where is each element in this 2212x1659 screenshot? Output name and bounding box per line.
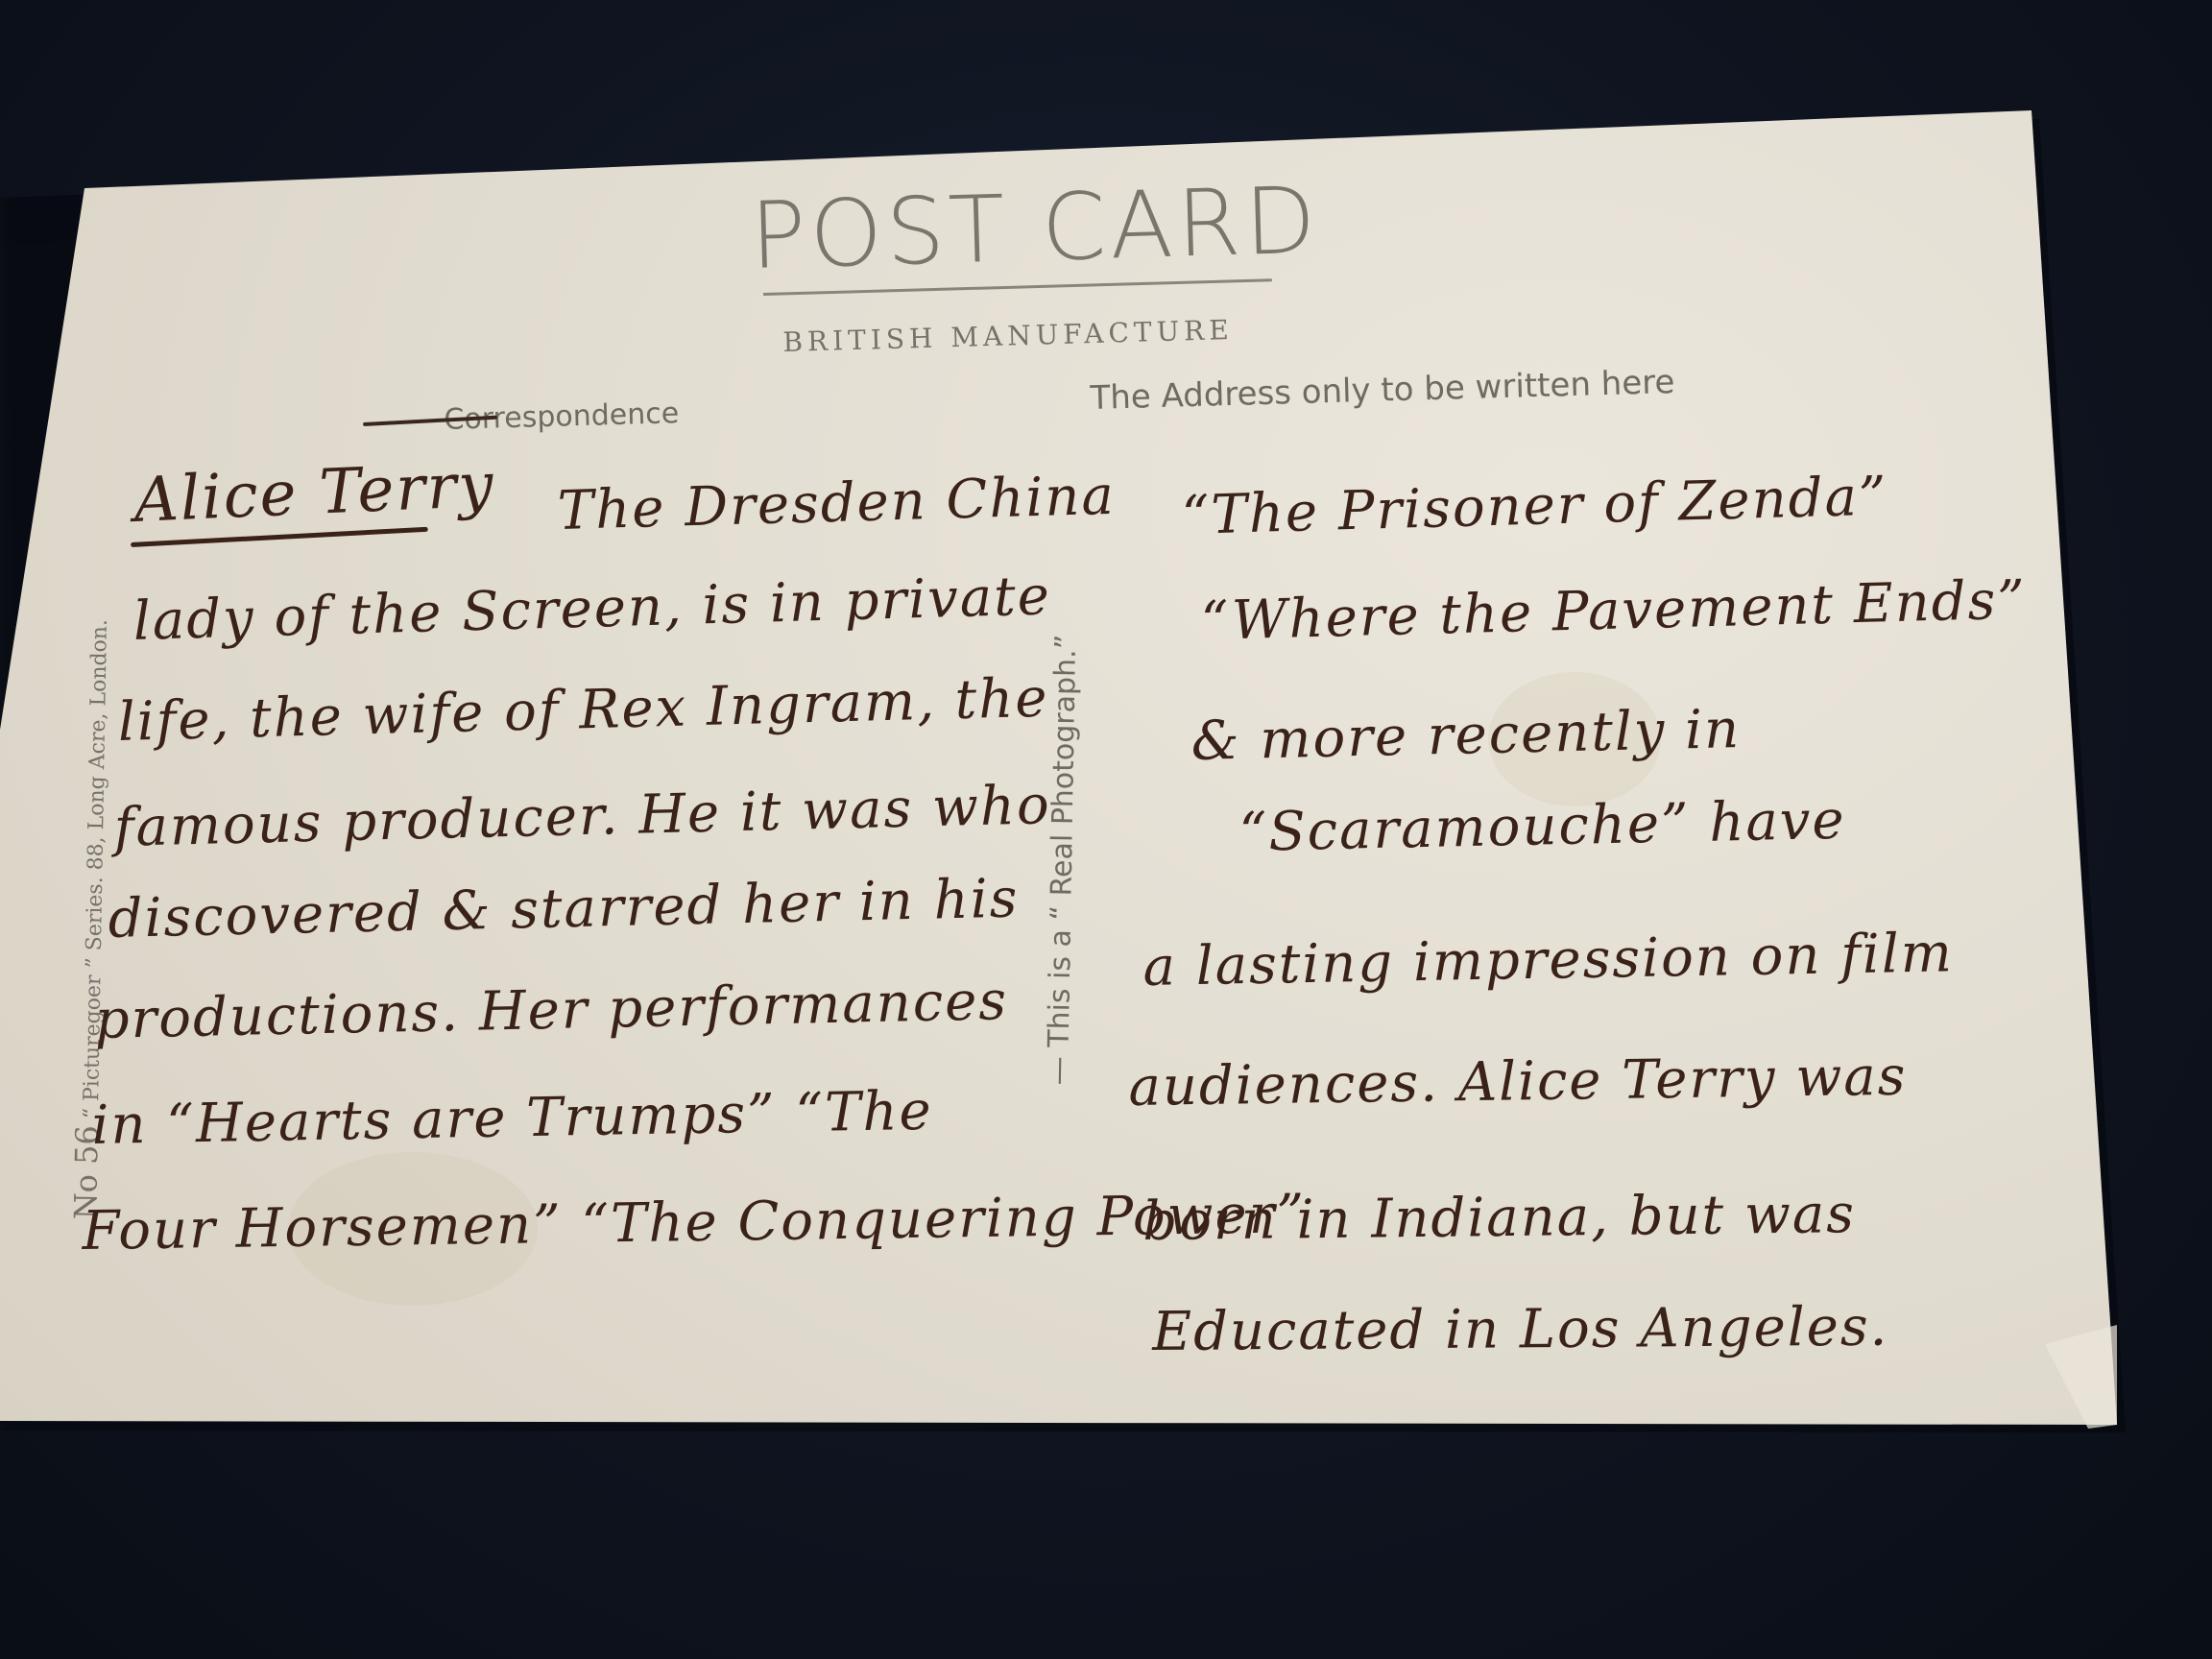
postcard-title: POST CARD [749,166,1321,290]
handwriting-line: “Scaramouche” have [1238,789,1846,864]
handwriting-line: Educated in Los Angeles. [1152,1296,1889,1363]
handwriting-line: audiences. Alice Terry was [1128,1046,1908,1118]
handwriting-line: born in Indiana, but was [1142,1183,1856,1253]
handwriting-line: & more recently in [1190,698,1742,773]
